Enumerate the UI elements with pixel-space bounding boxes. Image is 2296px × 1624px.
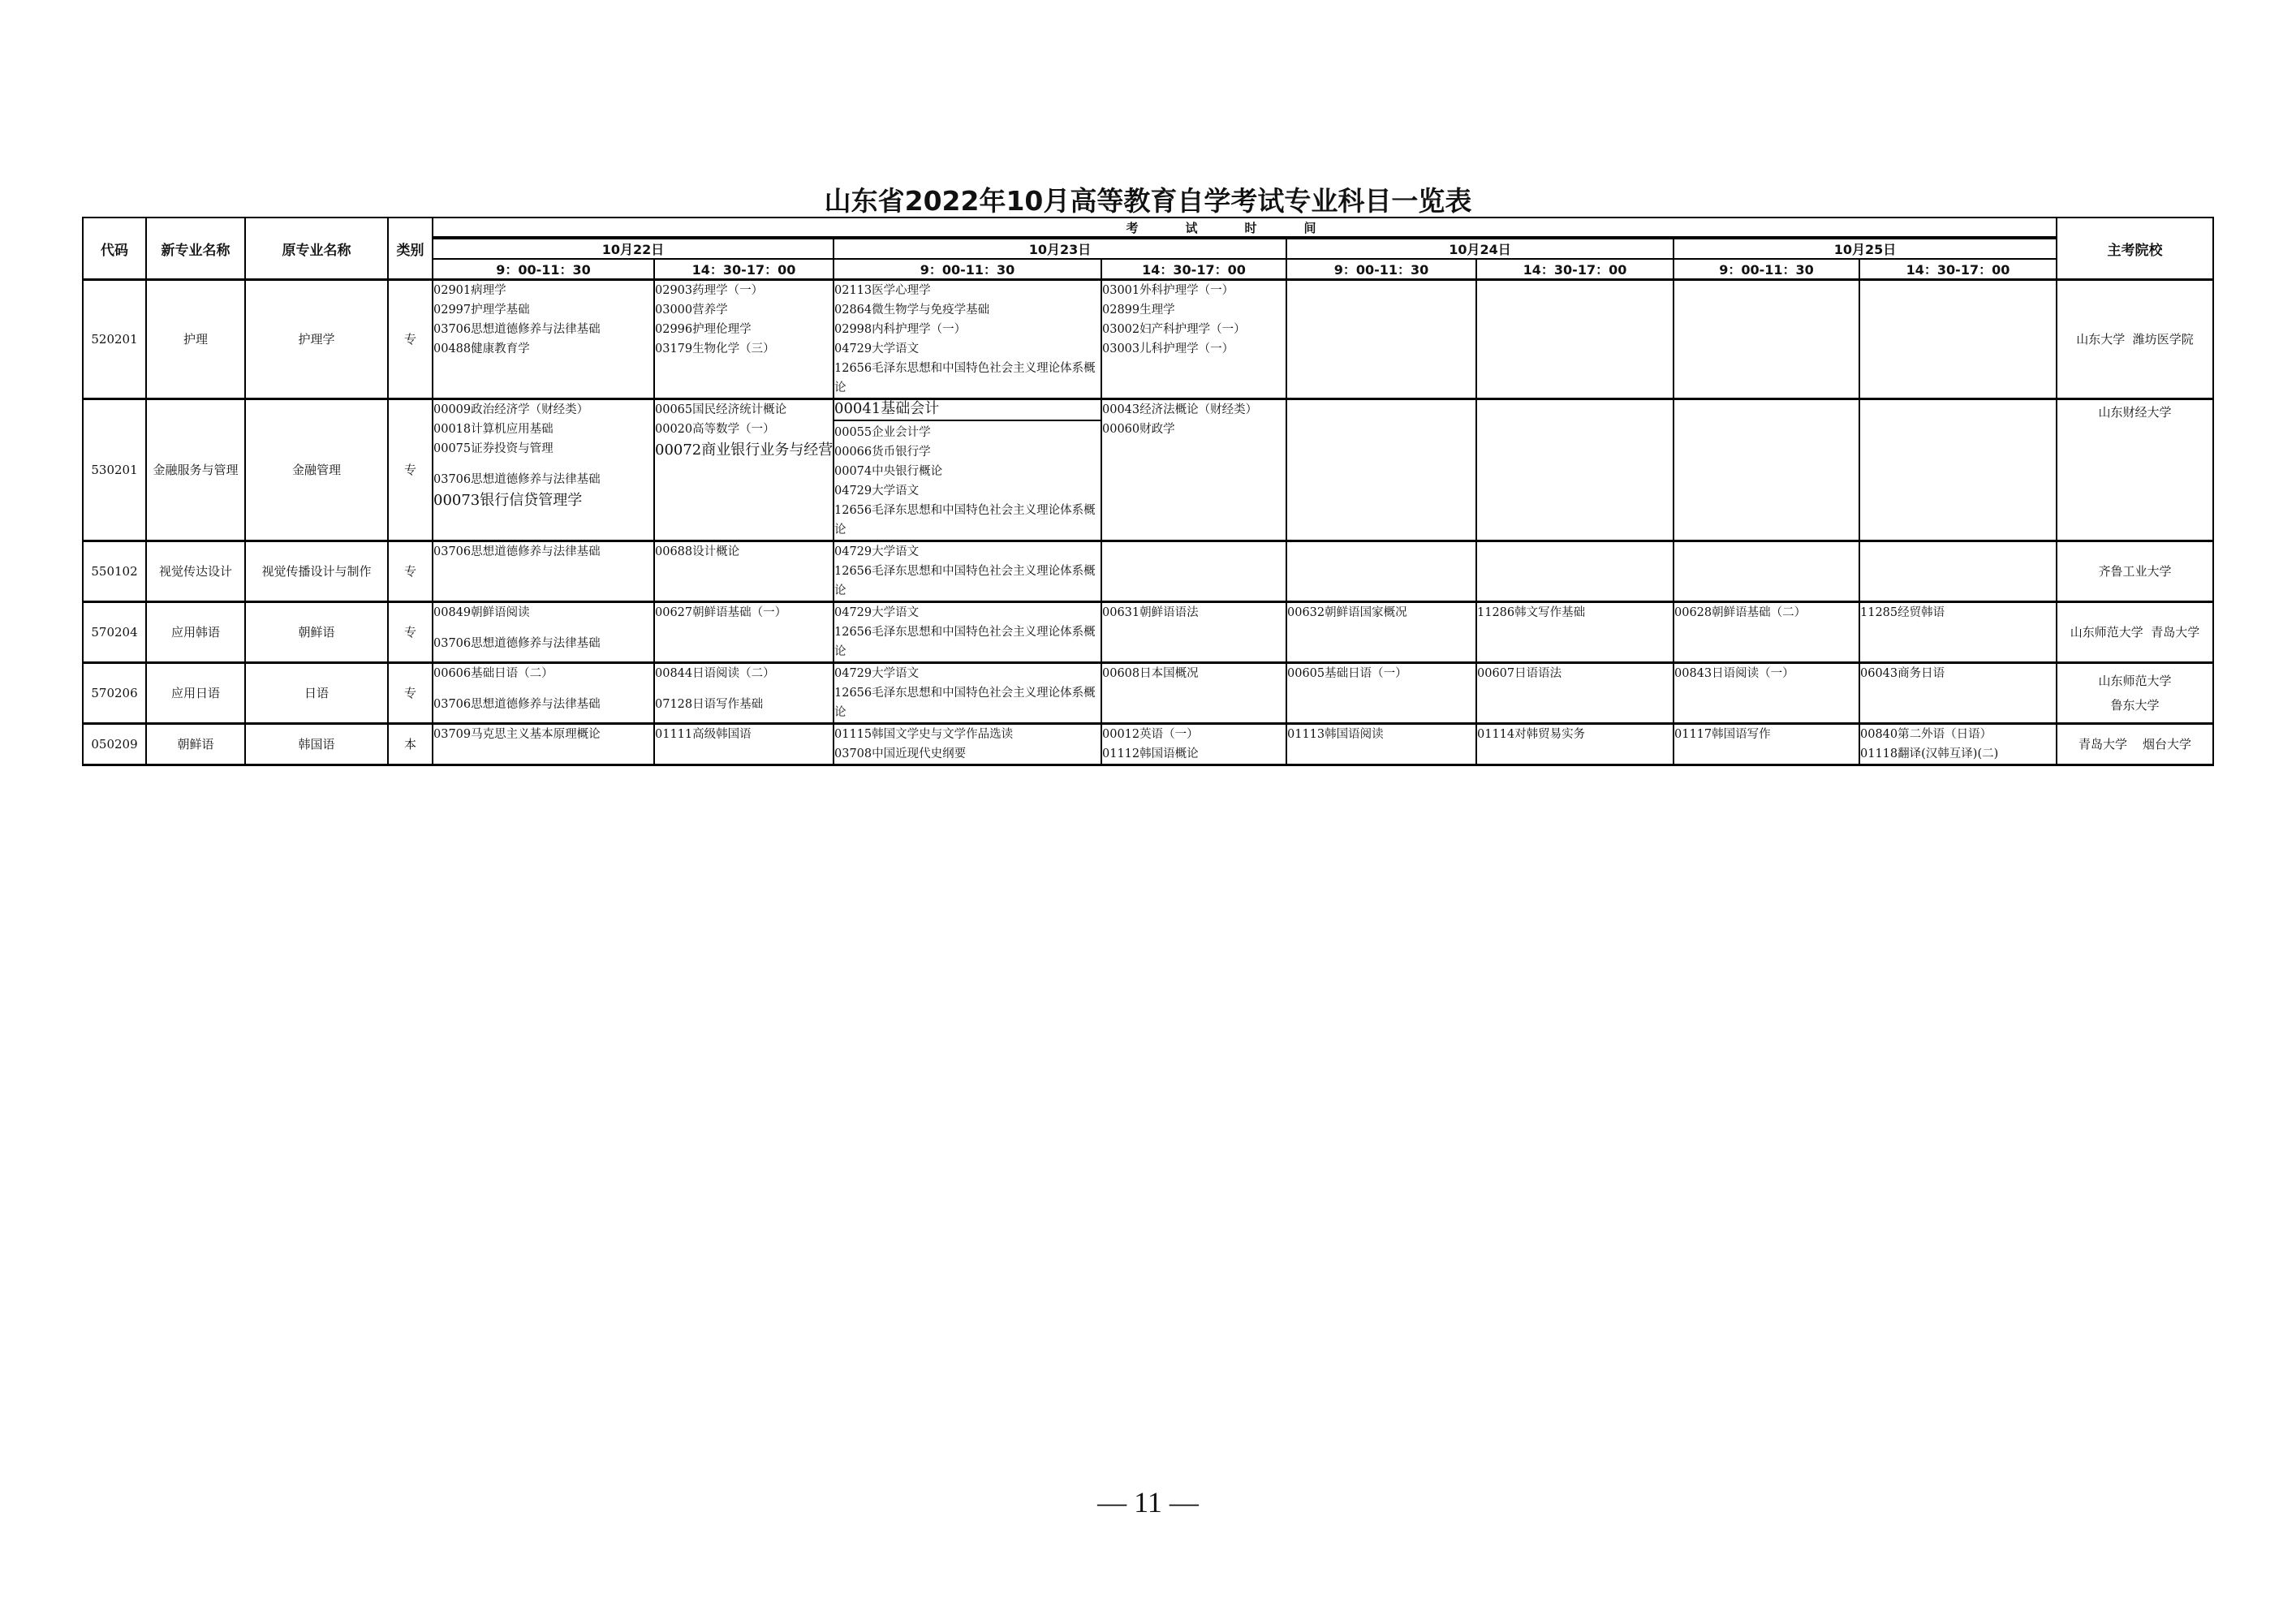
- subject-item: 00840第二外语（日语）: [1860, 725, 2056, 744]
- subject-item: 02113医学心理学: [834, 281, 1101, 300]
- subject-item: 07128日语写作基础: [655, 695, 833, 714]
- school-name: 山东师范大学 青岛大学: [2057, 620, 2212, 644]
- session-cell: 04729大学语文12656毛泽东思想和中国特色社会主义理论体系概论: [834, 602, 1101, 663]
- major-category: 专: [388, 541, 433, 602]
- session-cell: 00843日语阅读（一）: [1674, 663, 1859, 724]
- subject-item: 00009政治经济学（财经类）: [433, 400, 653, 420]
- new-major-name: 朝鲜语: [146, 724, 245, 765]
- subject-item: 03000营养学: [655, 300, 833, 320]
- session-cell: 02113医学心理学02864微生物学与免疫学基础02998内科护理学（一）04…: [834, 280, 1101, 399]
- subject-item: 12656毛泽东思想和中国特色社会主义理论体系概论: [834, 501, 1101, 540]
- exam-school: 山东大学 潍坊医学院: [2057, 280, 2213, 399]
- subject-item: 03709马克思主义基本原理概论: [433, 725, 653, 744]
- exam-schedule-table: 代码 新专业名称 原专业名称 类别 考试时间 主考院校 10月22日 10月23…: [82, 217, 2214, 766]
- subject-item: 02903药理学（一）: [655, 281, 833, 300]
- old-major-name: 日语: [245, 663, 388, 724]
- subject-item: 03708中国近现代史纲要: [834, 744, 1101, 764]
- session-cell: [1476, 541, 1674, 602]
- school-name: 青岛大学 烟台大学: [2057, 732, 2212, 756]
- subject-item: 12656毛泽东思想和中国特色社会主义理论体系概论: [834, 359, 1101, 398]
- session-cell: 11286韩文写作基础: [1476, 602, 1674, 663]
- exam-school: 山东师范大学鲁东大学: [2057, 663, 2213, 724]
- session-cell: 04729大学语文12656毛泽东思想和中国特色社会主义理论体系概论: [834, 541, 1101, 602]
- subject-item: 02901病理学: [433, 281, 653, 300]
- new-major-name: 应用韩语: [146, 602, 245, 663]
- subject-item: 03002妇产科护理学（一）: [1102, 320, 1286, 339]
- subject-item: 00606基础日语（二）: [433, 664, 653, 683]
- subject-item: 00020高等数学（一）: [655, 420, 833, 439]
- subject-item: 06043商务日语: [1860, 664, 2056, 683]
- exam-school: 山东师范大学 青岛大学: [2057, 602, 2213, 663]
- table-row: 550102视觉传达设计视觉传播设计与制作专03706思想道德修养与法律基础00…: [83, 541, 2213, 602]
- school-name: 山东大学 潍坊医学院: [2057, 327, 2212, 351]
- old-major-name: 朝鲜语: [245, 602, 388, 663]
- session-cell: 00628朝鲜语基础（二）: [1674, 602, 1859, 663]
- session-cell: 11285经贸韩语: [1859, 602, 2057, 663]
- session-cell: [1476, 399, 1674, 541]
- major-category: 专: [388, 663, 433, 724]
- subject-item: 00060财政学: [1102, 420, 1286, 439]
- header-code: 代码: [83, 218, 146, 280]
- school-name: 山东财经大学: [2057, 400, 2212, 424]
- old-major-name: 金融管理: [245, 399, 388, 541]
- subject-item: 03706思想道德修养与法律基础: [433, 542, 653, 562]
- subject-item: 00688设计概论: [655, 542, 833, 562]
- session-cell: 00607日语语法: [1476, 663, 1674, 724]
- subject-item: 00607日语语法: [1477, 664, 1673, 683]
- major-code: 050209: [83, 724, 146, 765]
- table-body: 520201护理护理学专02901病理学02997护理学基础03706思想道德修…: [83, 280, 2213, 765]
- school-name: 山东师范大学: [2057, 669, 2212, 693]
- session-cell: [1859, 399, 2057, 541]
- session-cell: [1476, 280, 1674, 399]
- header-category: 类别: [388, 218, 433, 280]
- session-cell: 00009政治经济学（财经类）00018计算机应用基础00075证券投资与管理0…: [433, 399, 654, 541]
- table-row: 530201金融服务与管理金融管理专00009政治经济学（财经类）00018计算…: [83, 399, 2213, 541]
- table-row: 520201护理护理学专02901病理学02997护理学基础03706思想道德修…: [83, 280, 2213, 399]
- session-cell: 00840第二外语（日语）01118翻译(汉韩互译)(二): [1859, 724, 2057, 765]
- subject-item: 00018计算机应用基础: [433, 420, 653, 439]
- subject-item: 01112韩国语概论: [1102, 744, 1286, 764]
- header-session: 14：30-17：00: [1859, 259, 2057, 280]
- subject-item: 02997护理学基础: [433, 300, 653, 320]
- subject-item: 12656毛泽东思想和中国特色社会主义理论体系概论: [834, 622, 1101, 661]
- session-cell: 00605基础日语（一）: [1286, 663, 1476, 724]
- session-cell: 00849朝鲜语阅读03706思想道德修养与法律基础: [433, 602, 654, 663]
- subject-item: 11286韩文写作基础: [1477, 603, 1673, 622]
- subject-item: 00055企业会计学: [834, 423, 1101, 442]
- subject-item: 00628朝鲜语基础（二）: [1674, 603, 1859, 622]
- page-number: — 11 —: [0, 1485, 2296, 1519]
- session-cell: 01117韩国语写作: [1674, 724, 1859, 765]
- subject-item: 11285经贸韩语: [1860, 603, 2056, 622]
- major-category: 专: [388, 399, 433, 541]
- header-exam-time: 考试时间: [433, 218, 2057, 238]
- subject-item: 04729大学语文: [834, 664, 1101, 683]
- subject-item: 02998内科护理学（一）: [834, 320, 1101, 339]
- new-major-name: 视觉传达设计: [146, 541, 245, 602]
- header-session: 14：30-17：00: [1101, 259, 1286, 280]
- subject-item: 00632朝鲜语国家概况: [1287, 603, 1475, 622]
- subject-item: 00043经济法概论（财经类）: [1102, 400, 1286, 420]
- subject-item: 00849朝鲜语阅读: [433, 603, 653, 622]
- exam-school: 山东财经大学: [2057, 399, 2213, 541]
- subject-item: 00631朝鲜语语法: [1102, 603, 1286, 622]
- header-session: 9：00-11：30: [834, 259, 1101, 280]
- exam-school: 齐鲁工业大学: [2057, 541, 2213, 602]
- session-cell: 00844日语阅读（二）07128日语写作基础: [654, 663, 834, 724]
- subject-item: 02899生理学: [1102, 300, 1286, 320]
- subject-item: 04729大学语文: [834, 542, 1101, 562]
- session-cell: 00627朝鲜语基础（一）: [654, 602, 834, 663]
- subject-item: 12656毛泽东思想和中国特色社会主义理论体系概论: [834, 562, 1101, 601]
- session-cell: 00041基础会计00055企业会计学00066货币银行学00074中央银行概论…: [834, 399, 1101, 541]
- header-session: 14：30-17：00: [654, 259, 834, 280]
- session-cell: 00631朝鲜语语法: [1101, 602, 1286, 663]
- subject-item: 02996护理伦理学: [655, 320, 833, 339]
- session-cell: [1286, 280, 1476, 399]
- session-cell: [1859, 280, 2057, 399]
- session-cell: 01115韩国文学史与文学作品选读03708中国近现代史纲要: [834, 724, 1101, 765]
- session-cell: 03709马克思主义基本原理概论: [433, 724, 654, 765]
- subject-item: 03001外科护理学（一）: [1102, 281, 1286, 300]
- major-code: 570204: [83, 602, 146, 663]
- old-major-name: 视觉传播设计与制作: [245, 541, 388, 602]
- header-old-major: 原专业名称: [245, 218, 388, 280]
- session-cell: 02901病理学02997护理学基础03706思想道德修养与法律基础00488健…: [433, 280, 654, 399]
- header-session: 9：00-11：30: [433, 259, 654, 280]
- subject-item: 04729大学语文: [834, 603, 1101, 622]
- session-cell: 00632朝鲜语国家概况: [1286, 602, 1476, 663]
- major-code: 530201: [83, 399, 146, 541]
- header-date: 10月22日: [433, 238, 834, 259]
- subject-item: 01115韩国文学史与文学作品选读: [834, 725, 1101, 744]
- header-new-major: 新专业名称: [146, 218, 245, 280]
- session-cell: 00043经济法概论（财经类）00060财政学: [1101, 399, 1286, 541]
- subject-item: 00012英语（一）: [1102, 725, 1286, 744]
- session-cell: 00012英语（一）01112韩国语概论: [1101, 724, 1286, 765]
- session-cell: 00606基础日语（二）03706思想道德修养与法律基础: [433, 663, 654, 724]
- subject-item: 00065国民经济统计概论: [655, 400, 833, 420]
- subject-item: 02864微生物学与免疫学基础: [834, 300, 1101, 320]
- header-date: 10月25日: [1674, 238, 2057, 259]
- session-cell: [1674, 399, 1859, 541]
- subject-item: 00844日语阅读（二）: [655, 664, 833, 683]
- subject-item: 03706思想道德修养与法律基础: [433, 695, 653, 714]
- subject-item: 00627朝鲜语基础（一）: [655, 603, 833, 622]
- subject-item: 00843日语阅读（一）: [1674, 664, 1859, 683]
- subject-item: 01117韩国语写作: [1674, 725, 1859, 744]
- session-cell: 00688设计概论: [654, 541, 834, 602]
- session-cell: 06043商务日语: [1859, 663, 2057, 724]
- header-school: 主考院校: [2057, 218, 2213, 280]
- session-cell: 04729大学语文12656毛泽东思想和中国特色社会主义理论体系概论: [834, 663, 1101, 724]
- table-row: 570206应用日语日语专00606基础日语（二）03706思想道德修养与法律基…: [83, 663, 2213, 724]
- subject-item: 03179生物化学（三）: [655, 339, 833, 359]
- subject-item: 00608日本国概况: [1102, 664, 1286, 683]
- subject-item: 03706思想道德修养与法律基础: [433, 634, 653, 653]
- page-title: 山东省2022年10月高等教育自学考试专业科目一览表: [0, 180, 2296, 218]
- session-cell: 01111高级韩国语: [654, 724, 834, 765]
- old-major-name: 韩国语: [245, 724, 388, 765]
- subject-item: 04729大学语文: [834, 339, 1101, 359]
- old-major-name: 护理学: [245, 280, 388, 399]
- exam-school: 青岛大学 烟台大学: [2057, 724, 2213, 765]
- session-cell: [1674, 280, 1859, 399]
- subject-item: 00075证券投资与管理: [433, 439, 653, 459]
- subject-item: 01114对韩贸易实务: [1477, 725, 1673, 744]
- table-row: 570204应用韩语朝鲜语专00849朝鲜语阅读03706思想道德修养与法律基础…: [83, 602, 2213, 663]
- subject-item: 01111高级韩国语: [655, 725, 833, 744]
- session-cell: 01113韩国语阅读: [1286, 724, 1476, 765]
- header-session: 9：00-11：30: [1286, 259, 1476, 280]
- subject-item: 00073银行信贷管理学: [433, 489, 653, 512]
- subject-item: 00072商业银行业务与经营: [655, 439, 833, 462]
- major-code: 570206: [83, 663, 146, 724]
- subject-item: 12656毛泽东思想和中国特色社会主义理论体系概论: [834, 683, 1101, 722]
- major-code: 520201: [83, 280, 146, 399]
- subject-item: 00074中央银行概论: [834, 462, 1101, 481]
- subject-item: 01113韩国语阅读: [1287, 725, 1475, 744]
- subject-item: 03706思想道德修养与法律基础: [433, 470, 653, 489]
- major-category: 本: [388, 724, 433, 765]
- session-cell: [1674, 541, 1859, 602]
- subject-item: 00066货币银行学: [834, 442, 1101, 462]
- session-cell: 02903药理学（一）03000营养学02996护理伦理学03179生物化学（三…: [654, 280, 834, 399]
- subject-item: 03003儿科护理学（一）: [1102, 339, 1286, 359]
- subject-item: 03706思想道德修养与法律基础: [433, 320, 653, 339]
- subject-item: 00488健康教育学: [433, 339, 653, 359]
- session-cell: [1101, 541, 1286, 602]
- subject-item: 01118翻译(汉韩互译)(二): [1860, 744, 2056, 764]
- new-major-name: 金融服务与管理: [146, 399, 245, 541]
- session-cell: 00608日本国概况: [1101, 663, 1286, 724]
- major-category: 专: [388, 602, 433, 663]
- header-session: 14：30-17：00: [1476, 259, 1674, 280]
- session-cell: 00065国民经济统计概论00020高等数学（一）00072商业银行业务与经营: [654, 399, 834, 541]
- header-date: 10月24日: [1286, 238, 1674, 259]
- subject-item: 00605基础日语（一）: [1287, 664, 1475, 683]
- major-category: 专: [388, 280, 433, 399]
- session-cell: 03001外科护理学（一）02899生理学03002妇产科护理学（一）03003…: [1101, 280, 1286, 399]
- session-cell: [1286, 541, 1476, 602]
- table-row: 050209朝鲜语韩国语本03709马克思主义基本原理概论01111高级韩国语0…: [83, 724, 2213, 765]
- session-cell: 01114对韩贸易实务: [1476, 724, 1674, 765]
- new-major-name: 应用日语: [146, 663, 245, 724]
- session-cell: [1286, 399, 1476, 541]
- school-name: 鲁东大学: [2057, 693, 2212, 717]
- session-cell: [1859, 541, 2057, 602]
- header-date: 10月23日: [834, 238, 1286, 259]
- school-name: 齐鲁工业大学: [2057, 559, 2212, 584]
- subject-item: 00041基础会计: [834, 399, 1101, 422]
- new-major-name: 护理: [146, 280, 245, 399]
- subject-item: 04729大学语文: [834, 481, 1101, 501]
- major-code: 550102: [83, 541, 146, 602]
- session-cell: 03706思想道德修养与法律基础: [433, 541, 654, 602]
- header-session: 9：00-11：30: [1674, 259, 1859, 280]
